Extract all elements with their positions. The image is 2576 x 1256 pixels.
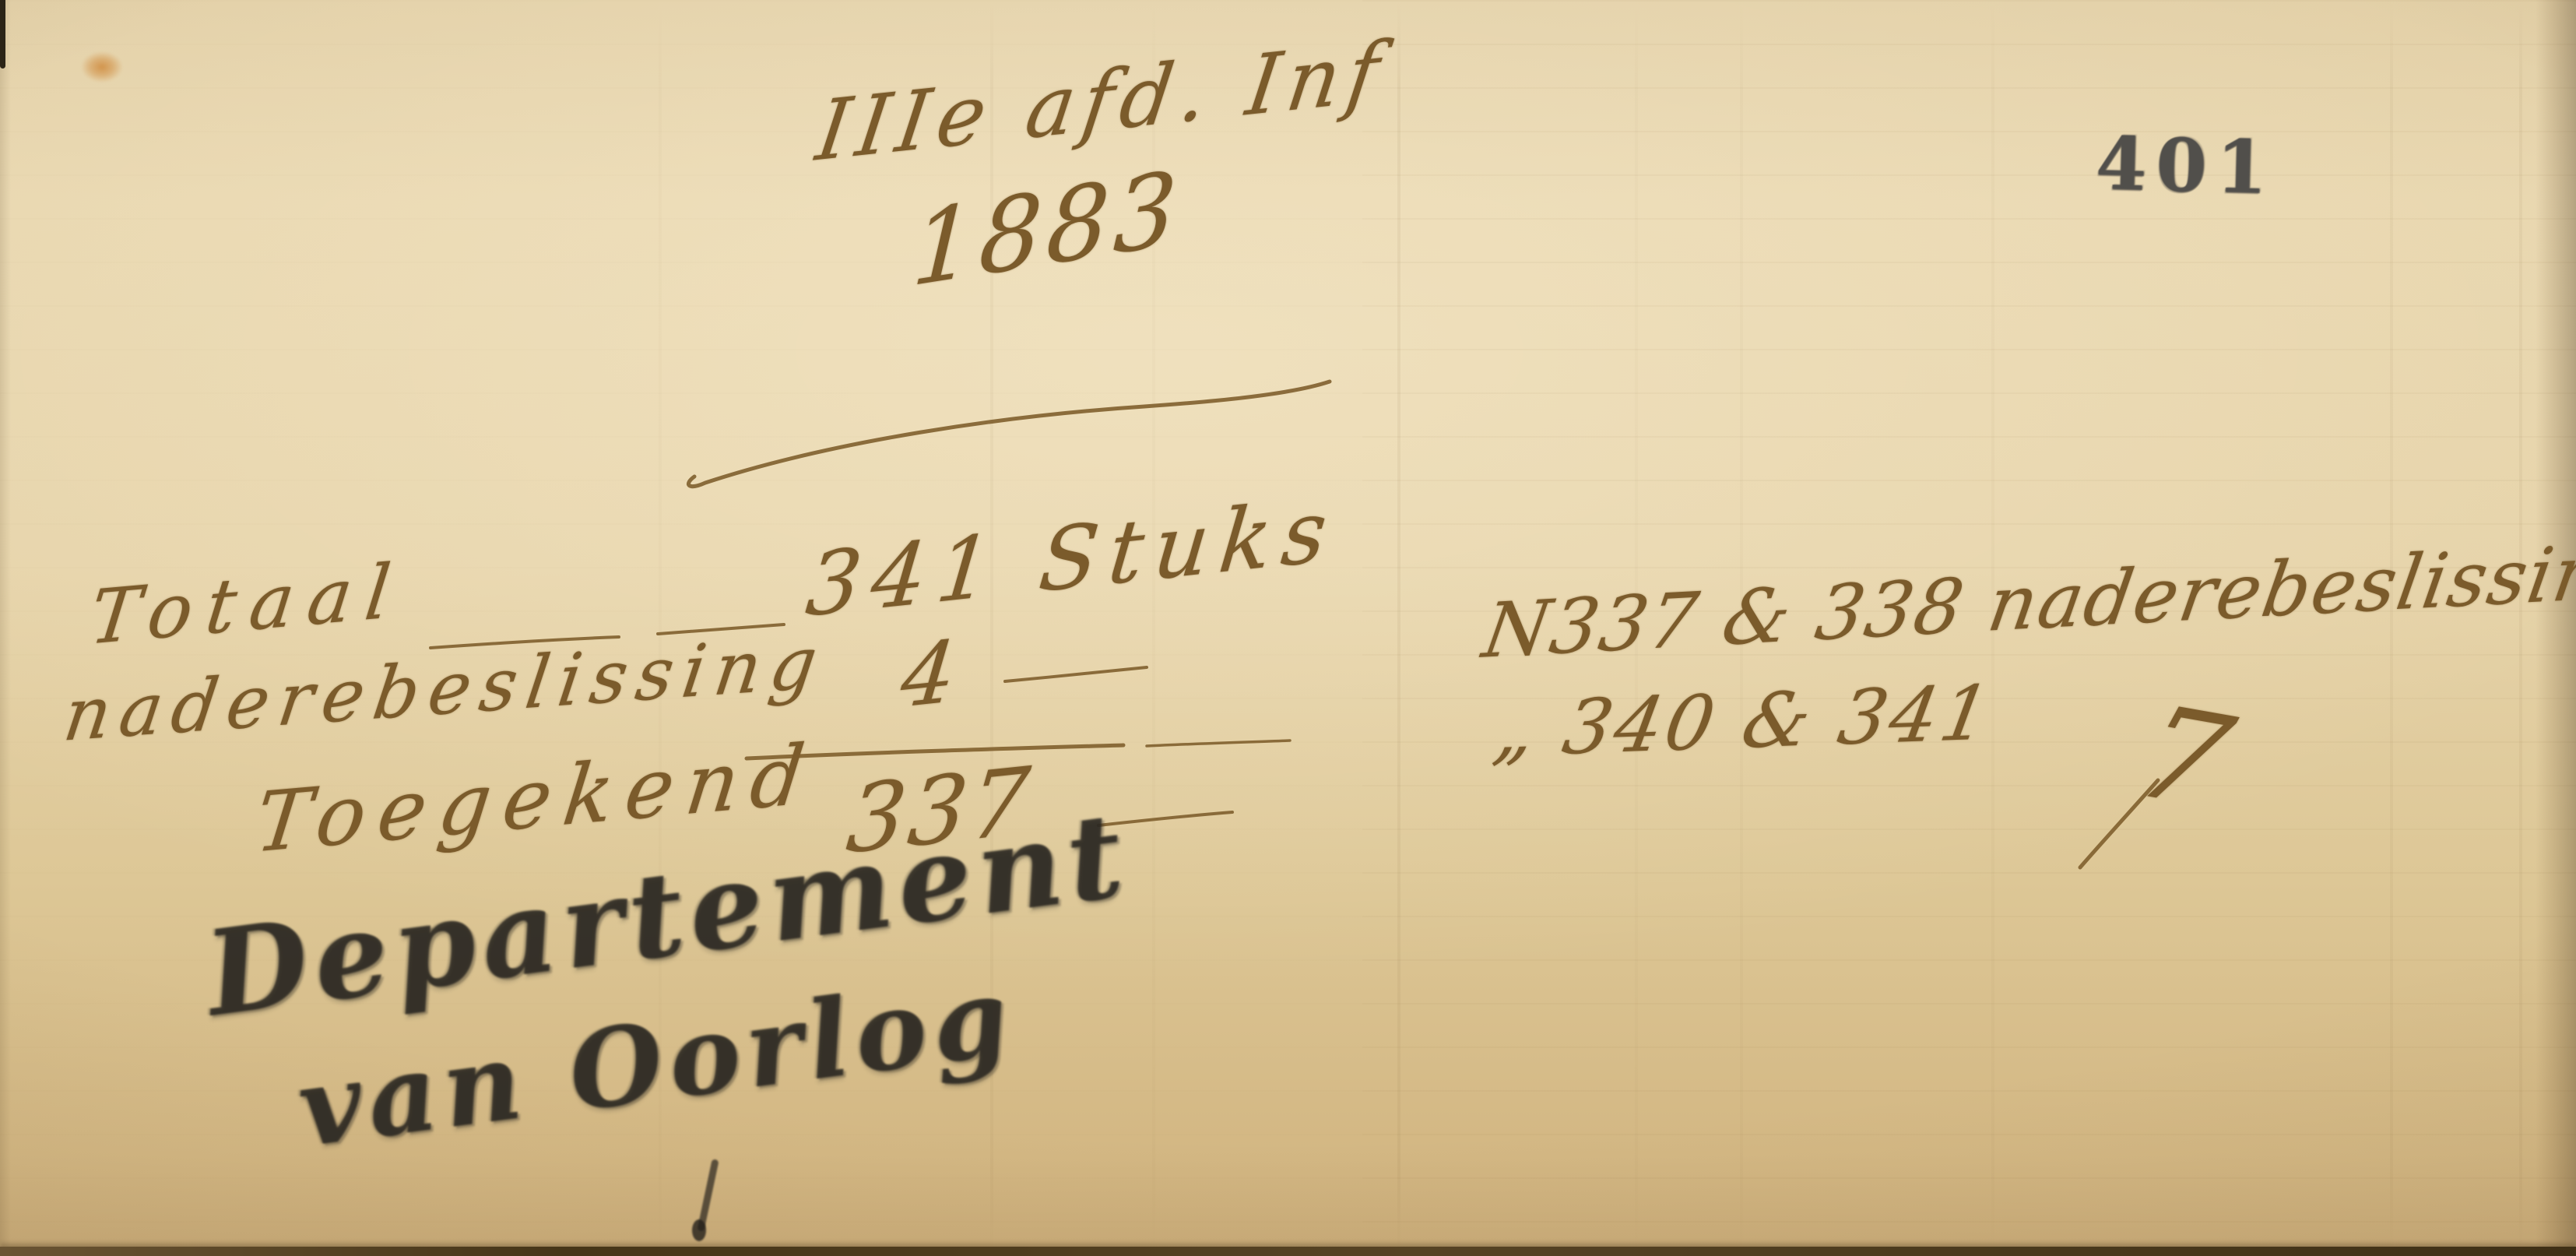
- archive-number-stamp: 401: [2095, 121, 2278, 211]
- stamp-descender-blob: [692, 1219, 706, 1241]
- divider-flourish: [669, 366, 1370, 498]
- document-page: 401 IIIe afd. Inf 1883 Totaal 341 Stuks …: [0, 0, 2576, 1256]
- summary-row-value: 4: [897, 625, 960, 727]
- margin-note-line2: „ 340 & 341: [1488, 671, 1999, 772]
- figure-seven-tail: [2071, 779, 2172, 872]
- rust-stain: [81, 51, 123, 83]
- page-right-edge-shadow: [2536, 0, 2576, 1256]
- page-left-edge-shadow: [0, 0, 11, 1256]
- dash-after-naderebeslissing: [1000, 658, 1152, 689]
- page-bottom-edge: [0, 1247, 2576, 1256]
- fold-crease: [2390, 0, 2393, 1256]
- fold-crease: [2519, 0, 2522, 1256]
- fold-crease: [1397, 0, 1400, 1256]
- adjacent-page-edge: [0, 0, 5, 69]
